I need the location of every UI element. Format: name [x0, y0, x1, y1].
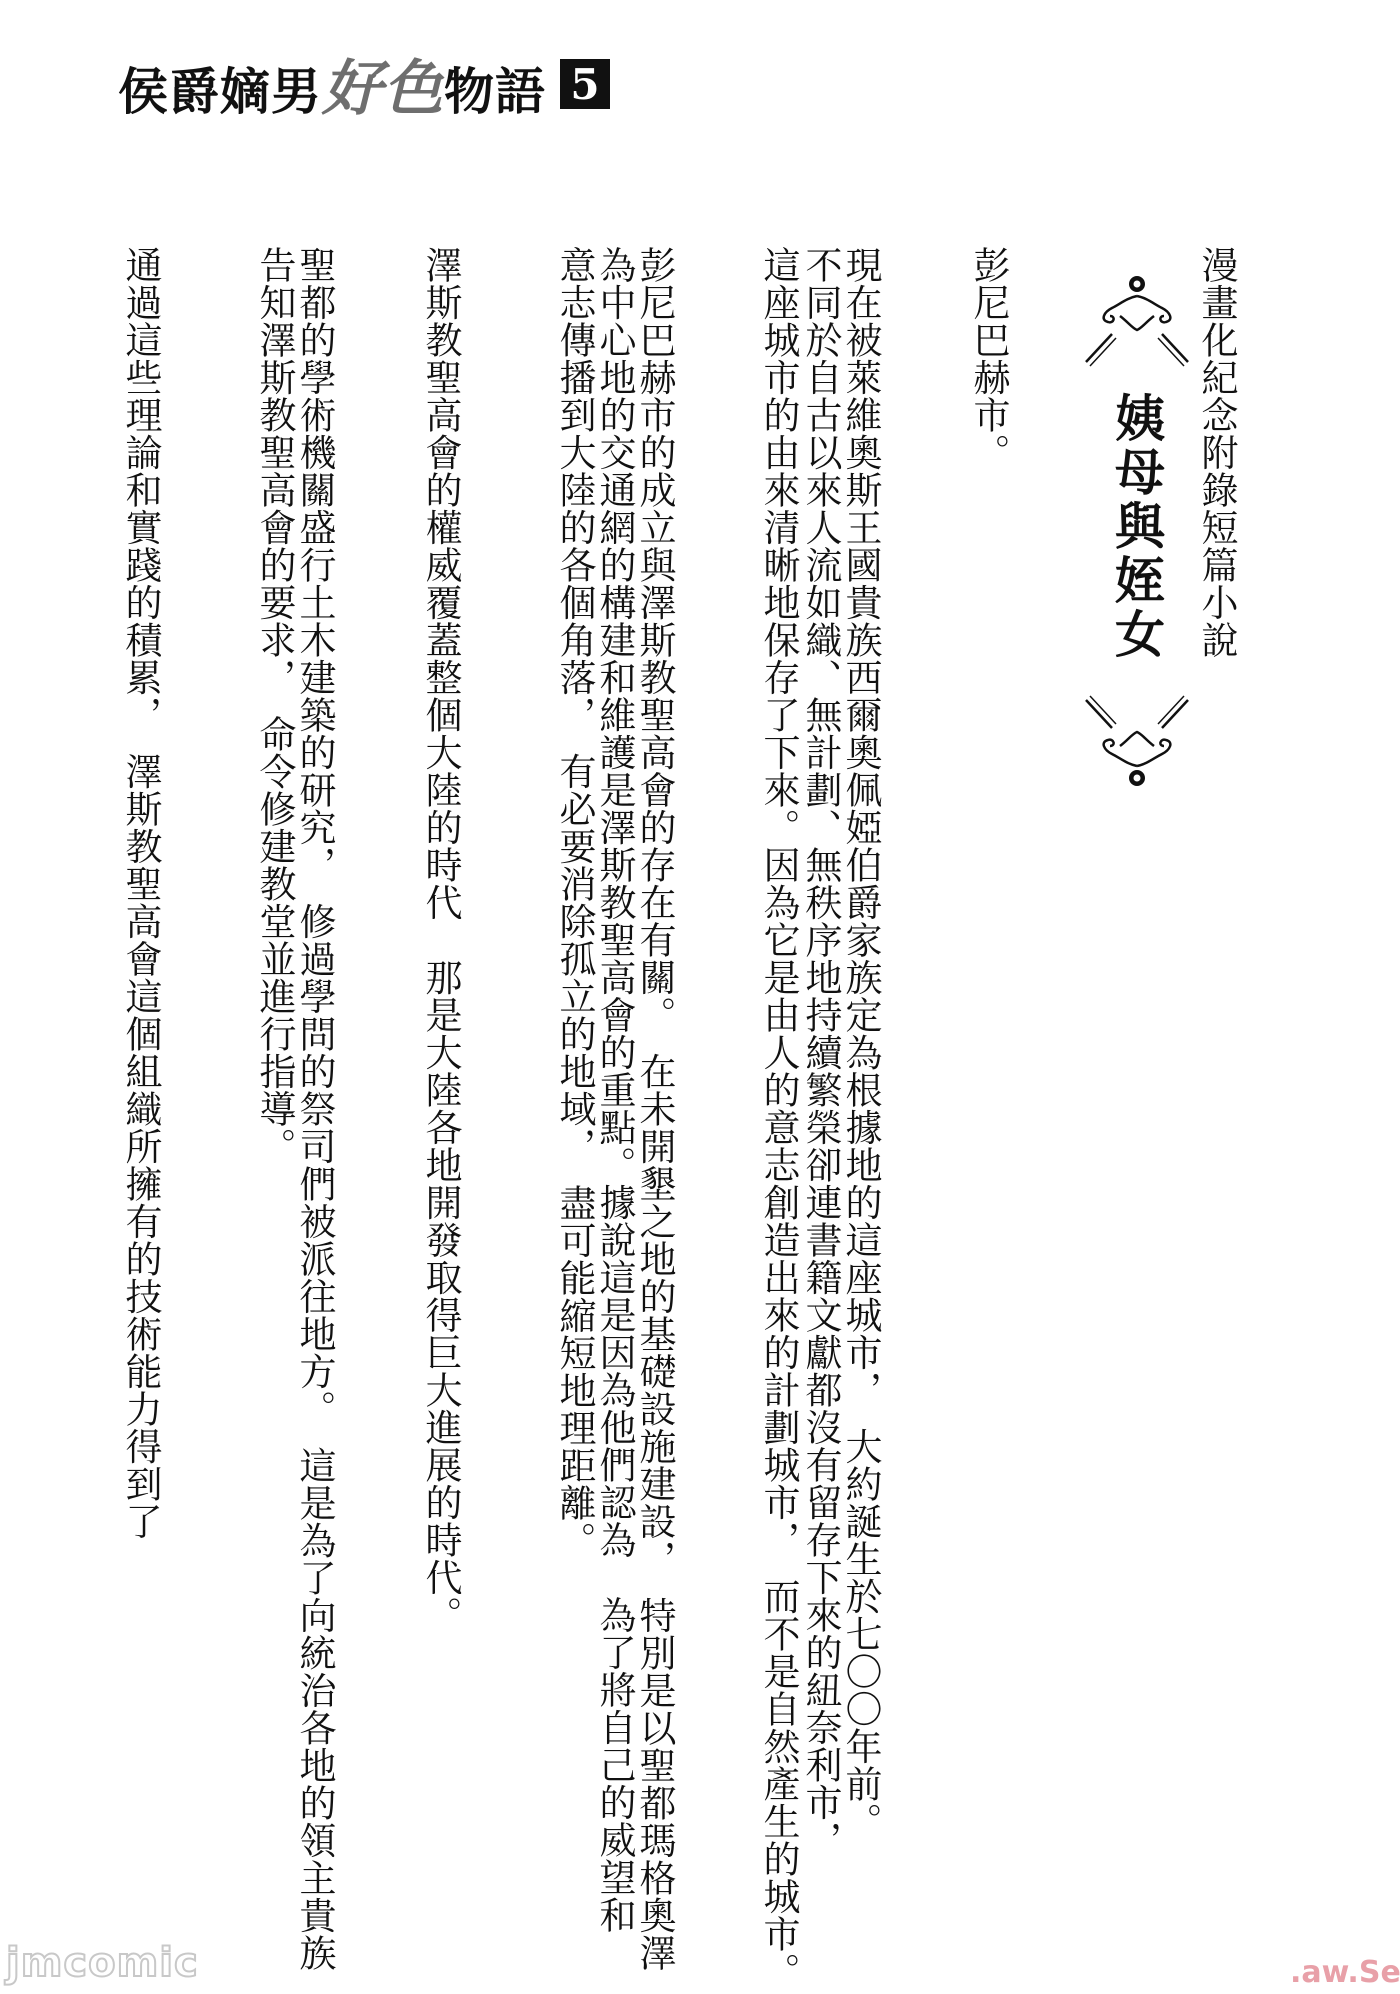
- watermark-logo-left: jmcomic: [6, 1940, 199, 1986]
- text-column-11: 通過這些理論和實踐的積累， 澤斯教聖高會這個組織所擁有的技術能力得到了: [120, 246, 160, 1540]
- title-part-1: 侯爵嫡男: [118, 62, 322, 121]
- text-column-3: 不同於自古以來人流如織、無計劃、無秩序地持續繁榮卻連書籍文獻都沒有留存下來的紐奈…: [800, 246, 840, 1859]
- title-accent: 好色: [322, 54, 444, 124]
- volume-badge: 5: [560, 59, 610, 109]
- book-title: 侯爵嫡男好色物語: [118, 41, 546, 127]
- text-column-7: 意志傳播到大陸的各個角落， 有必要消除孤立的地域， 盡可能縮短地理距離。: [554, 246, 594, 1559]
- text-column-1: 彭尼巴赫市。: [968, 246, 1008, 471]
- text-column-4: 這座城市的由來清晰地保存了下來。因為它是由人的意志創造出來的計劃城市， 而不是自…: [758, 246, 798, 1990]
- text-column-9: 聖都的學術機關盛行土木建築的研究， 修過學問的祭司們被派往地方。 這是為了向統治…: [294, 246, 334, 1972]
- watermark-text-right: .aw.Se: [1290, 1955, 1400, 1990]
- book-header: 侯爵嫡男好色物語 5: [118, 44, 610, 124]
- title-part-2: 物語: [444, 62, 546, 121]
- story-label: 漫畫化紀念附錄短篇小說: [1196, 246, 1236, 659]
- ornament-top-icon: [1082, 270, 1192, 380]
- ornament-bottom-icon: [1082, 682, 1192, 792]
- text-column-5: 彭尼巴赫市的成立與澤斯教聖高會的存在有關。 在未開墾之地的基礎設施建設， 特別是…: [634, 246, 674, 1972]
- text-column-2: 現在被萊維奧斯王國貴族西爾奧佩婭伯爵家族定為根據地的這座城市， 大約誕生於七〇〇…: [840, 246, 880, 1840]
- story-title: 姨母與姪女: [1108, 392, 1164, 662]
- text-column-6: 為中心地的交通網的構建和維護是澤斯教聖高會的重點。據說這是因為他們認為 為了將自…: [594, 246, 634, 1934]
- text-column-8: 澤斯教聖高會的權威覆蓋整個大陸的時代 那是大陸各地開發取得巨大進展的時代。: [420, 246, 460, 1634]
- text-column-10: 告知澤斯教聖高會的要求， 命令修建教堂並進行指導。: [254, 246, 294, 1165]
